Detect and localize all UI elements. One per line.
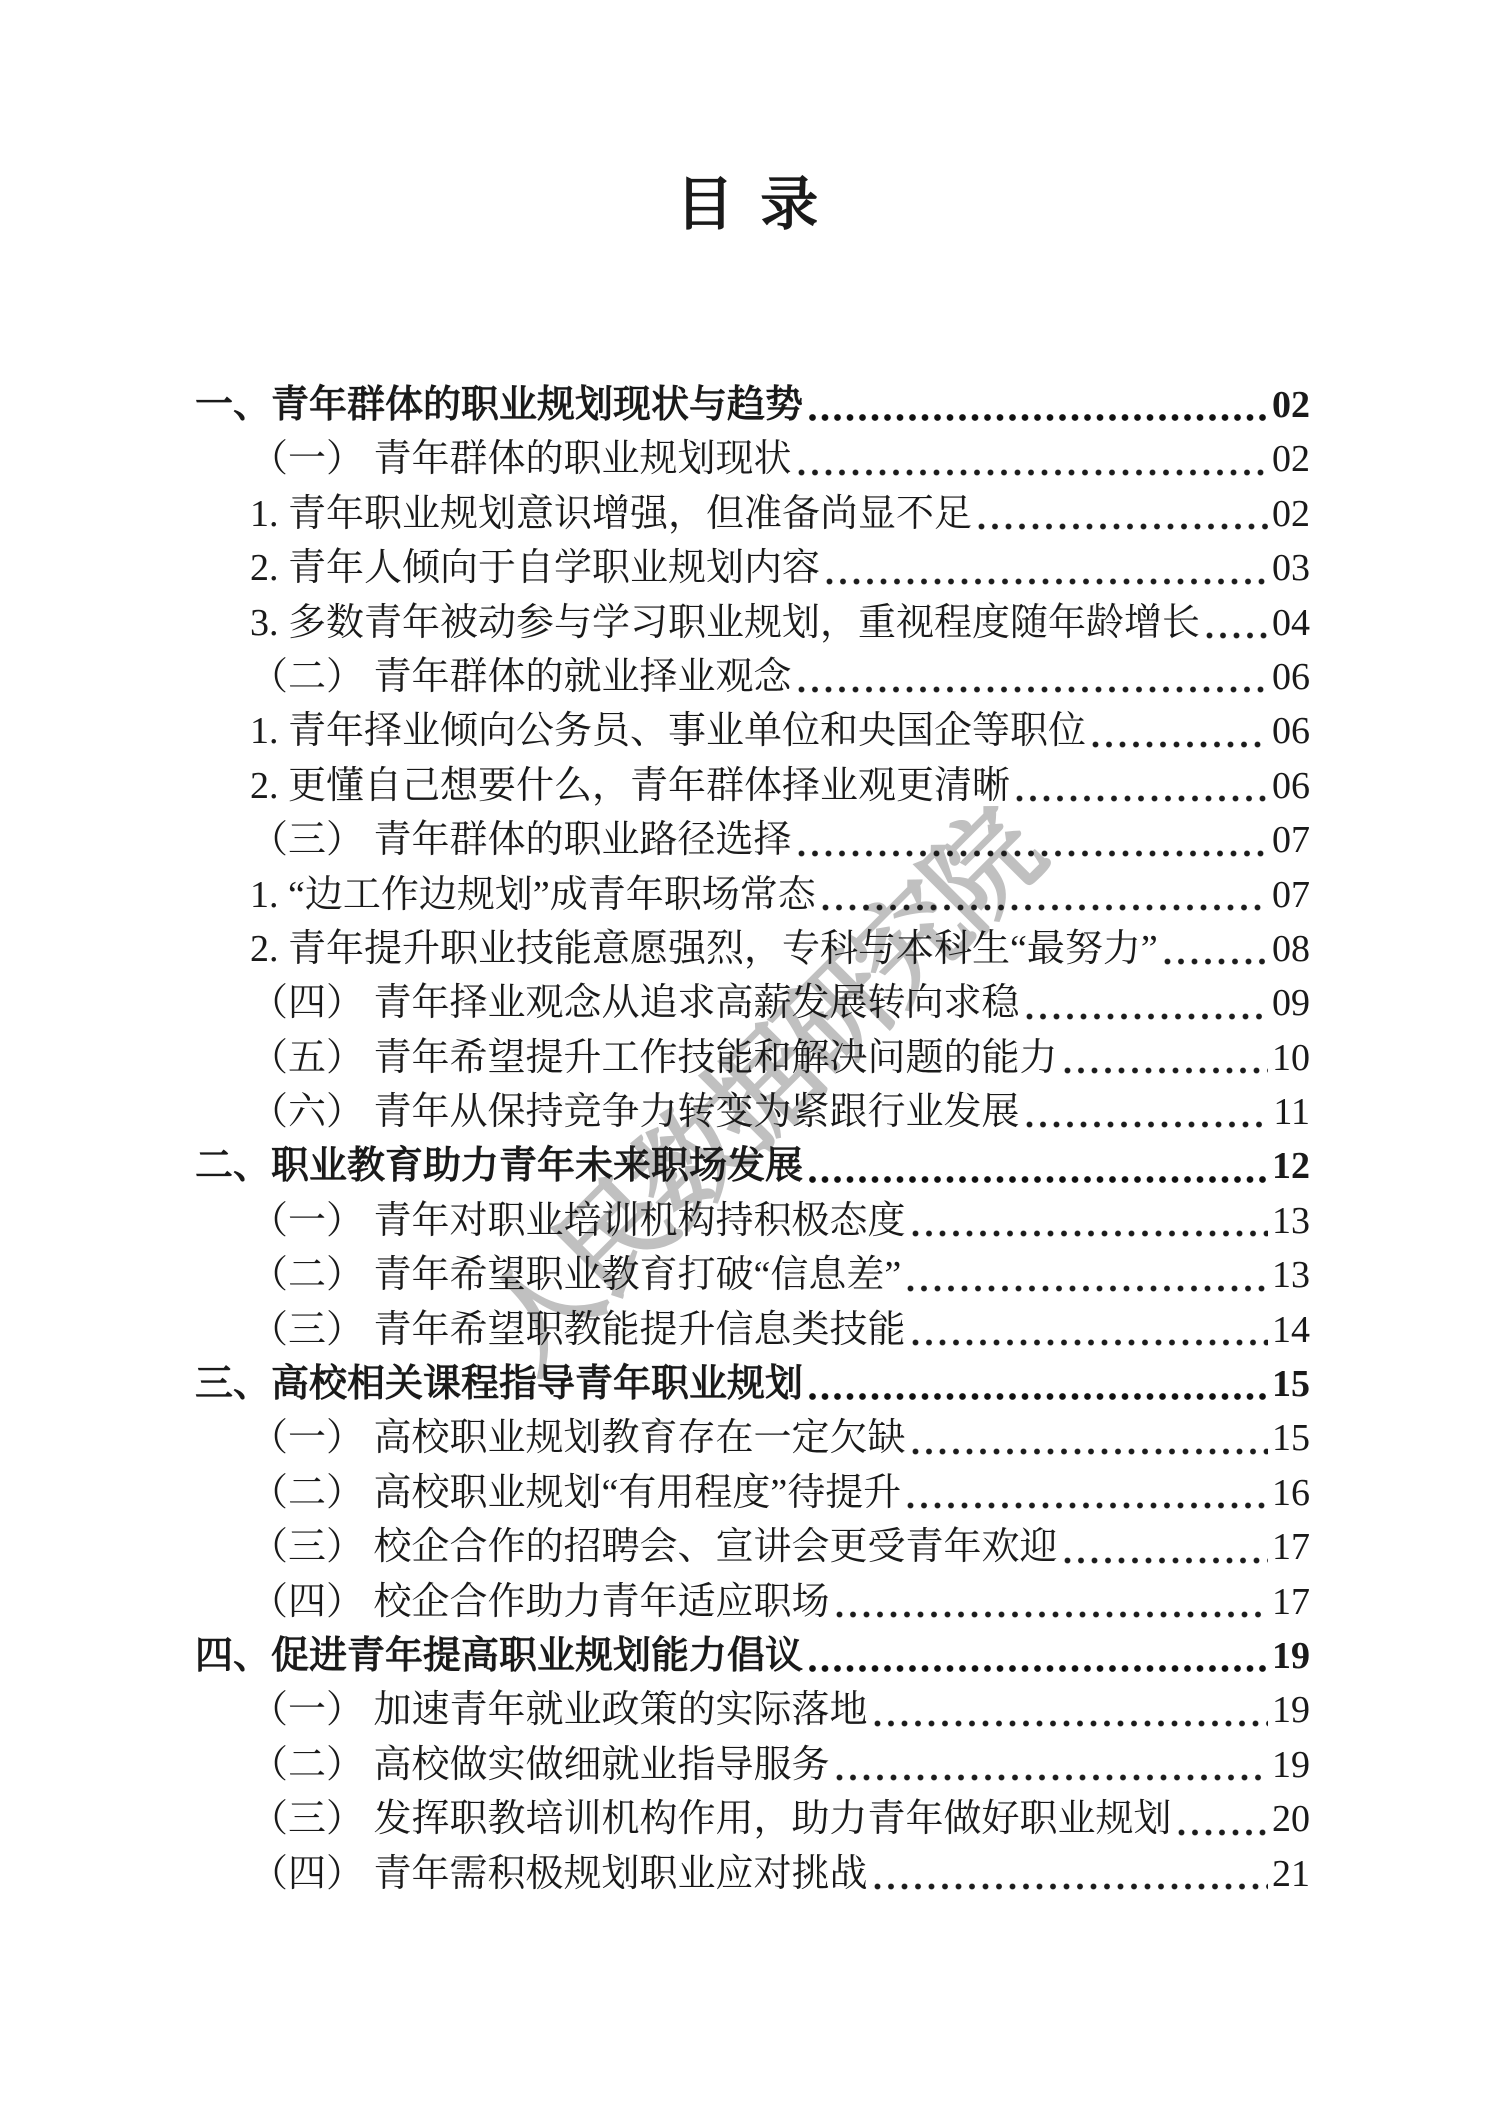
toc-entry-label: 1. 青年择业倾向公务员、事业单位和央国企等职位 (250, 704, 1086, 758)
toc-entry-page: 17 (1272, 1575, 1310, 1629)
toc-entry-page: 07 (1272, 813, 1310, 867)
dot-leader (826, 578, 1268, 585)
toc-entry-label: （一） 青年群体的职业规划现状 (250, 432, 792, 486)
dot-leader (874, 1720, 1268, 1727)
toc-entry-label: 1. 青年职业规划意识增强，但准备尚显不足 (250, 487, 972, 541)
dot-leader (1164, 958, 1268, 965)
toc-entry-label: 二、职业教育助力青年未来职场发展 (195, 1139, 803, 1193)
dot-leader (978, 523, 1268, 530)
dot-leader (1026, 1121, 1270, 1128)
toc-entry-page: 21 (1272, 1847, 1310, 1901)
dot-leader (798, 686, 1268, 693)
toc-entry[interactable]: （一） 加速青年就业政策的实际落地19 (195, 1683, 1310, 1737)
toc-entry-page: 20 (1272, 1792, 1310, 1846)
dot-leader (1092, 741, 1268, 748)
toc-entry-page: 13 (1272, 1194, 1310, 1248)
toc-entry-page: 06 (1272, 650, 1310, 704)
dot-leader (798, 850, 1268, 857)
toc-entry[interactable]: （一） 高校职业规划教育存在一定欠缺15 (195, 1411, 1310, 1465)
toc-entry-page: 14 (1272, 1303, 1310, 1357)
toc-entry-page: 02 (1272, 487, 1310, 541)
dot-leader (912, 1339, 1268, 1346)
toc-entry-label: 2. 青年人倾向于自学职业规划内容 (250, 541, 820, 595)
toc-entry-page: 03 (1272, 541, 1310, 595)
toc-entry[interactable]: （一） 青年群体的职业规划现状02 (195, 432, 1310, 486)
dot-leader (1016, 795, 1268, 802)
toc-entry-page: 17 (1272, 1520, 1310, 1574)
toc-entry-label: （四） 青年择业观念从追求高薪发展转向求稳 (250, 976, 1020, 1030)
dot-leader (912, 1230, 1268, 1237)
toc-entry-label: （一） 加速青年就业政策的实际落地 (250, 1683, 868, 1737)
toc-entry[interactable]: （四） 青年需积极规划职业应对挑战21 (195, 1847, 1310, 1901)
toc-entry-page: 19 (1272, 1629, 1310, 1683)
toc-entry-page: 06 (1272, 704, 1310, 758)
dot-leader (1026, 1013, 1268, 1020)
dot-leader (809, 1393, 1268, 1400)
toc-entry-label: （一） 青年对职业培训机构持积极态度 (250, 1194, 906, 1248)
dot-leader (907, 1502, 1268, 1509)
toc-entry[interactable]: （三） 青年群体的职业路径选择07 (195, 813, 1310, 867)
toc-entry-label: （三） 校企合作的招聘会、宣讲会更受青年欢迎 (250, 1520, 1058, 1574)
toc-entry[interactable]: 二、职业教育助力青年未来职场发展12 (195, 1139, 1310, 1193)
toc-entry-label: 2. 青年提升职业技能意愿强烈，专科与本科生“最努力” (250, 922, 1158, 976)
toc-entry[interactable]: 3. 多数青年被动参与学习职业规划，重视程度随年龄增长04 (195, 596, 1310, 650)
page-title: 目 录 (0, 176, 1500, 234)
dot-leader (822, 904, 1268, 911)
toc-entry[interactable]: 1. 青年职业规划意识增强，但准备尚显不足02 (195, 487, 1310, 541)
toc-entry[interactable]: （二） 青年希望职业教育打破“信息差”13 (195, 1248, 1310, 1302)
toc-list: 一、青年群体的职业规划现状与趋势02（一） 青年群体的职业规划现状021. 青年… (195, 378, 1310, 1901)
dot-leader (912, 1448, 1268, 1455)
toc-entry-label: （二） 青年群体的就业择业观念 (250, 650, 792, 704)
toc-entry-label: （一） 高校职业规划教育存在一定欠缺 (250, 1411, 906, 1465)
toc-entry[interactable]: （二） 高校职业规划“有用程度”待提升16 (195, 1466, 1310, 1520)
dot-leader (1178, 1829, 1268, 1836)
dot-leader (907, 1285, 1268, 1292)
dot-leader (809, 414, 1268, 421)
dot-leader (874, 1883, 1268, 1890)
toc-entry-label: （五） 青年希望提升工作技能和解决问题的能力 (250, 1031, 1058, 1085)
toc-entry-page: 04 (1272, 596, 1310, 650)
toc-entry[interactable]: （三） 青年希望职教能提升信息类技能14 (195, 1303, 1310, 1357)
toc-entry-label: 四、促进青年提高职业规划能力倡议 (195, 1629, 803, 1683)
toc-entry-label: （三） 发挥职教培训机构作用，助力青年做好职业规划 (250, 1792, 1172, 1846)
toc-entry-page: 11 (1273, 1085, 1310, 1139)
toc-entry[interactable]: （六） 青年从保持竞争力转变为紧跟行业发展11 (195, 1085, 1310, 1139)
toc-entry-page: 15 (1272, 1411, 1310, 1465)
toc-entry-label: （四） 青年需积极规划职业应对挑战 (250, 1847, 868, 1901)
toc-entry-label: 一、青年群体的职业规划现状与趋势 (195, 378, 803, 432)
dot-leader (809, 1665, 1268, 1672)
toc-entry-page: 09 (1272, 976, 1310, 1030)
toc-entry-label: （二） 高校做实做细就业指导服务 (250, 1738, 830, 1792)
dot-leader (1206, 632, 1268, 639)
toc-entry[interactable]: （五） 青年希望提升工作技能和解决问题的能力10 (195, 1031, 1310, 1085)
toc-entry-label: 1. “边工作边规划”成青年职场常态 (250, 868, 816, 922)
toc-entry-page: 13 (1272, 1248, 1310, 1302)
toc-entry-label: 3. 多数青年被动参与学习职业规划，重视程度随年龄增长 (250, 596, 1200, 650)
toc-entry[interactable]: 2. 青年人倾向于自学职业规划内容03 (195, 541, 1310, 595)
toc-entry[interactable]: 2. 青年提升职业技能意愿强烈，专科与本科生“最努力”08 (195, 922, 1310, 976)
dot-leader (798, 469, 1268, 476)
dot-leader (836, 1611, 1268, 1618)
dot-leader (836, 1774, 1268, 1781)
toc-entry-page: 15 (1272, 1357, 1310, 1411)
toc-entry-page: 12 (1272, 1139, 1310, 1193)
toc-entry-label: （三） 青年希望职教能提升信息类技能 (250, 1303, 906, 1357)
toc-entry-label: 三、高校相关课程指导青年职业规划 (195, 1357, 803, 1411)
dot-leader (809, 1176, 1268, 1183)
toc-entry-label: （四） 校企合作助力青年适应职场 (250, 1575, 830, 1629)
toc-entry-label: （二） 高校职业规划“有用程度”待提升 (250, 1466, 901, 1520)
dot-leader (1064, 1067, 1268, 1074)
toc-entry-page: 02 (1272, 432, 1310, 486)
toc-entry-label: （二） 青年希望职业教育打破“信息差” (250, 1248, 901, 1302)
toc-entry-label: 2. 更懂自己想要什么，青年群体择业观更清晰 (250, 759, 1010, 813)
toc-entry[interactable]: （二） 青年群体的就业择业观念06 (195, 650, 1310, 704)
toc-entry-page: 10 (1272, 1031, 1310, 1085)
toc-entry[interactable]: （四） 校企合作助力青年适应职场17 (195, 1575, 1310, 1629)
toc-entry-page: 07 (1272, 868, 1310, 922)
toc-entry[interactable]: （一） 青年对职业培训机构持积极态度13 (195, 1194, 1310, 1248)
document-page: 人民数据研究院 目 录 一、青年群体的职业规划现状与趋势02（一） 青年群体的职… (0, 0, 1500, 2104)
toc-entry[interactable]: （三） 校企合作的招聘会、宣讲会更受青年欢迎17 (195, 1520, 1310, 1574)
toc-entry-page: 02 (1272, 378, 1310, 432)
toc-entry[interactable]: （四） 青年择业观念从追求高薪发展转向求稳09 (195, 976, 1310, 1030)
toc-entry[interactable]: （二） 高校做实做细就业指导服务19 (195, 1738, 1310, 1792)
toc-entry-page: 19 (1272, 1683, 1310, 1737)
toc-entry[interactable]: 1. “边工作边规划”成青年职场常态07 (195, 868, 1310, 922)
toc-entry-page: 19 (1272, 1738, 1310, 1792)
toc-entry-label: （三） 青年群体的职业路径选择 (250, 813, 792, 867)
toc-entry-page: 16 (1272, 1466, 1310, 1520)
toc-entry[interactable]: 一、青年群体的职业规划现状与趋势02 (195, 378, 1310, 432)
dot-leader (1064, 1557, 1268, 1564)
toc-entry[interactable]: 2. 更懂自己想要什么，青年群体择业观更清晰06 (195, 759, 1310, 813)
toc-entry[interactable]: （三） 发挥职教培训机构作用，助力青年做好职业规划20 (195, 1792, 1310, 1846)
toc-entry[interactable]: 三、高校相关课程指导青年职业规划15 (195, 1357, 1310, 1411)
toc-entry-page: 08 (1272, 922, 1310, 976)
toc-entry-page: 06 (1272, 759, 1310, 813)
toc-entry[interactable]: 四、促进青年提高职业规划能力倡议19 (195, 1629, 1310, 1683)
toc-entry[interactable]: 1. 青年择业倾向公务员、事业单位和央国企等职位06 (195, 704, 1310, 758)
toc-entry-label: （六） 青年从保持竞争力转变为紧跟行业发展 (250, 1085, 1020, 1139)
